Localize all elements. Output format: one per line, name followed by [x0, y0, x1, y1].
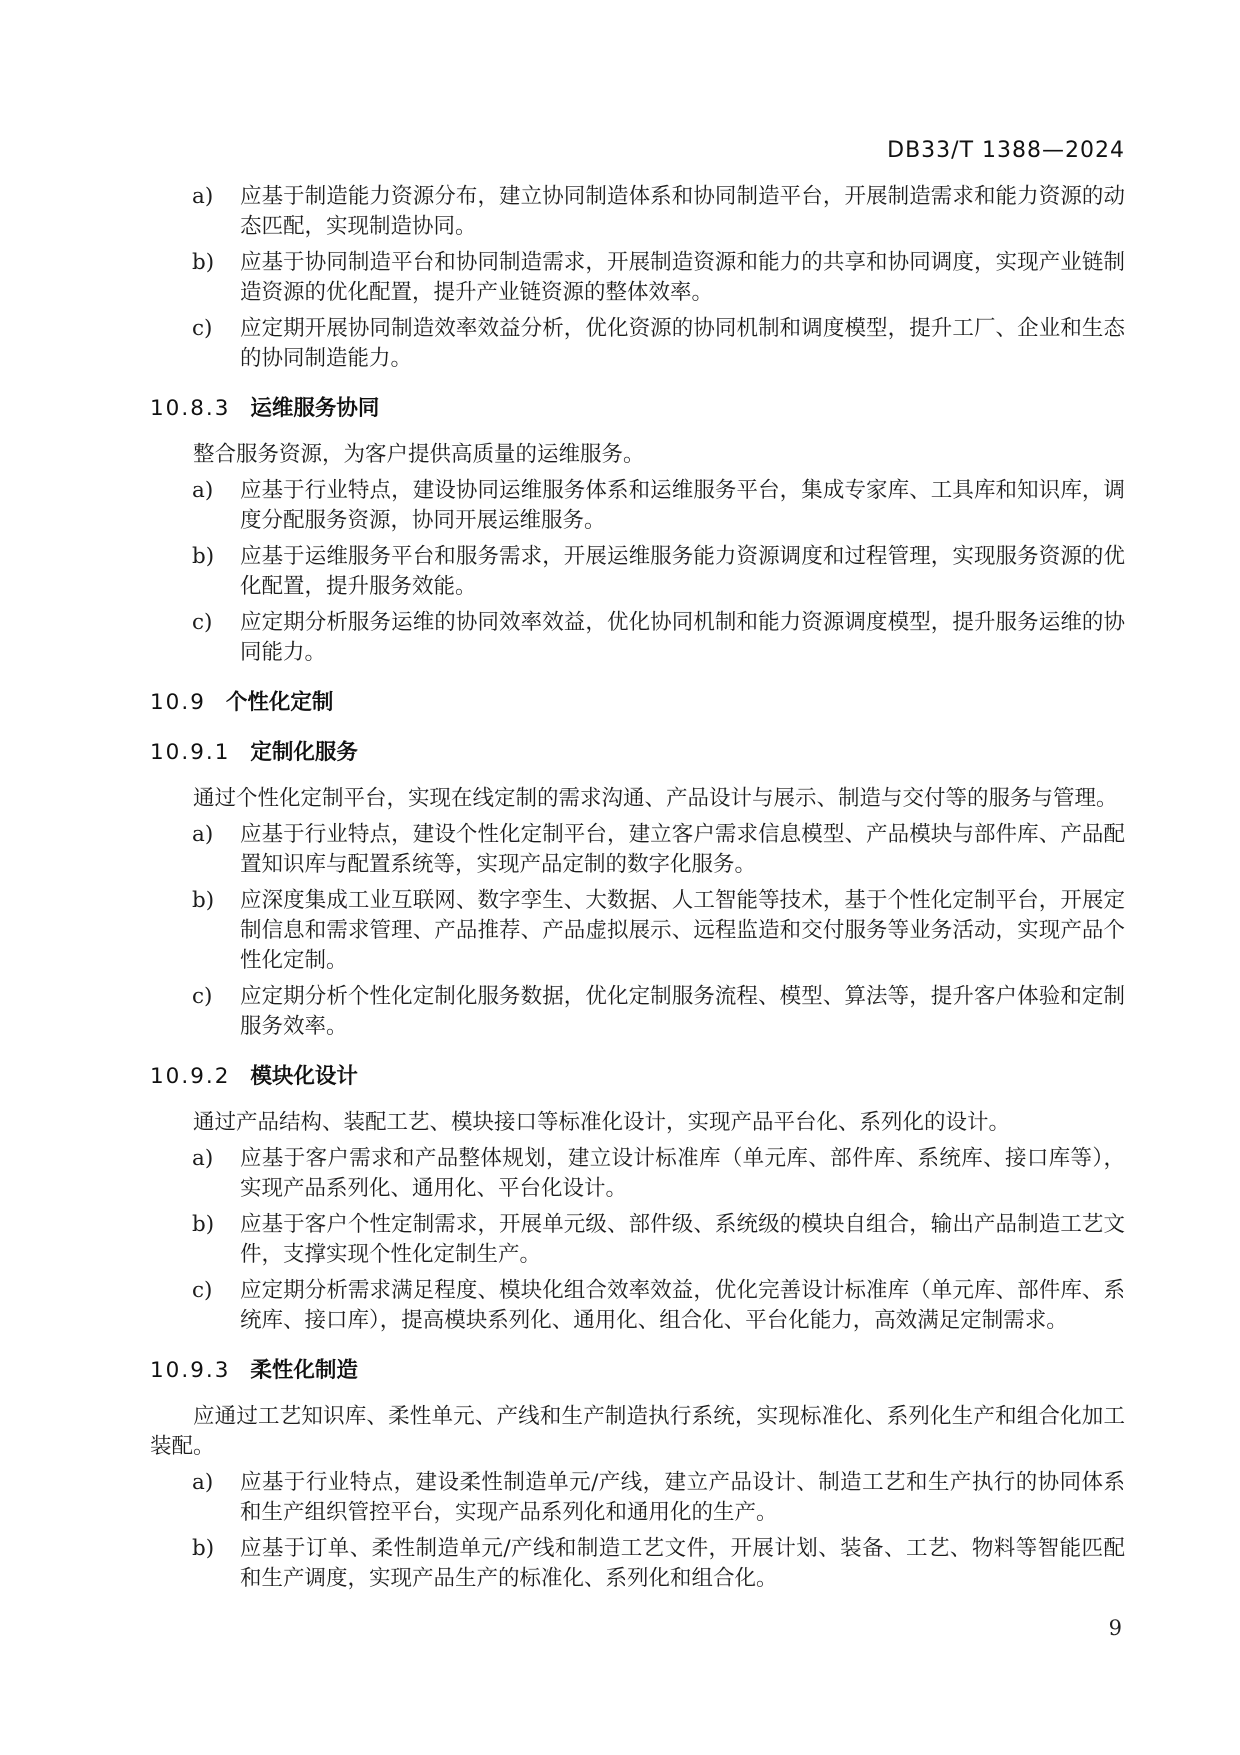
list-item-label: b) — [192, 248, 214, 278]
clause-title: 个性化定制 — [226, 690, 334, 715]
clause-heading-10-9-1: 10.9.1定制化服务 — [150, 738, 1125, 768]
page-number: 9 — [1109, 1616, 1122, 1640]
list-item-text: 应定期开展协同制造效率效益分析，优化资源的协同机制和调度模型，提升工厂、企业和生… — [240, 316, 1125, 371]
clause-title: 运维服务协同 — [250, 396, 379, 421]
clause-heading-10-9-2: 10.9.2模块化设计 — [150, 1062, 1125, 1092]
paragraph: 通过个性化定制平台，实现在线定制的需求沟通、产品设计与展示、制造与交付等的服务与… — [150, 784, 1125, 814]
paragraph: 应通过工艺知识库、柔性单元、产线和生产制造执行系统，实现标准化、系列化生产和组合… — [150, 1402, 1125, 1462]
list-item-label: b) — [192, 542, 214, 572]
list-item: b) 应深度集成工业互联网、数字孪生、大数据、人工智能等技术，基于个性化定制平台… — [150, 886, 1125, 976]
clause-heading-10-8-3: 10.8.3运维服务协同 — [150, 394, 1125, 424]
list-modular-design: a) 应基于客户需求和产品整体规划，建立设计标准库（单元库、部件库、系统库、接口… — [150, 1144, 1125, 1336]
list-item-label: a) — [192, 182, 213, 212]
list-item-text: 应定期分析个性化定制化服务数据，优化定制服务流程、模型、算法等，提升客户体验和定… — [240, 984, 1125, 1039]
list-customized-service: a) 应基于行业特点，建设个性化定制平台，建立客户需求信息模型、产品模块与部件库… — [150, 820, 1125, 1042]
clause-title: 定制化服务 — [250, 740, 358, 765]
list-item-text: 应基于制造能力资源分布，建立协同制造体系和协同制造平台，开展制造需求和能力资源的… — [240, 184, 1125, 239]
list-collaborative-manufacturing: a) 应基于制造能力资源分布，建立协同制造体系和协同制造平台，开展制造需求和能力… — [150, 182, 1125, 374]
list-item-label: a) — [192, 820, 213, 850]
list-item: c) 应定期分析个性化定制化服务数据，优化定制服务流程、模型、算法等，提升客户体… — [150, 982, 1125, 1042]
list-item-label: a) — [192, 1468, 213, 1498]
clause-number: 10.9.2 — [150, 1064, 230, 1089]
list-item-label: c) — [192, 608, 212, 638]
list-item: b) 应基于订单、柔性制造单元/产线和制造工艺文件，开展计划、装备、工艺、物料等… — [150, 1534, 1125, 1594]
list-item-text: 应基于运维服务平台和服务需求，开展运维服务能力资源调度和过程管理，实现服务资源的… — [240, 544, 1125, 599]
list-item-label: b) — [192, 1534, 214, 1564]
list-om-service-collaboration: a) 应基于行业特点，建设协同运维服务体系和运维服务平台，集成专家库、工具库和知… — [150, 476, 1125, 668]
list-item: a) 应基于行业特点，建设协同运维服务体系和运维服务平台，集成专家库、工具库和知… — [150, 476, 1125, 536]
clause-number: 10.9.3 — [150, 1358, 230, 1383]
paragraph: 整合服务资源，为客户提供高质量的运维服务。 — [150, 440, 1125, 470]
list-item-text: 应基于协同制造平台和协同制造需求，开展制造资源和能力的共享和协同调度，实现产业链… — [240, 250, 1125, 305]
list-item: a) 应基于行业特点，建设柔性制造单元/产线，建立产品设计、制造工艺和生产执行的… — [150, 1468, 1125, 1528]
list-item-text: 应定期分析服务运维的协同效率效益，优化协同机制和能力资源调度模型，提升服务运维的… — [240, 610, 1125, 665]
clause-title: 模块化设计 — [250, 1064, 358, 1089]
list-item: c) 应定期开展协同制造效率效益分析，优化资源的协同机制和调度模型，提升工厂、企… — [150, 314, 1125, 374]
page-header: DB33/T 1388—2024 — [150, 138, 1125, 164]
list-item-text: 应深度集成工业互联网、数字孪生、大数据、人工智能等技术，基于个性化定制平台，开展… — [240, 888, 1125, 973]
doc-code: DB33/T 1388—2024 — [887, 138, 1125, 163]
clause-number: 10.8.3 — [150, 396, 230, 421]
list-item-label: c) — [192, 982, 212, 1012]
clause-title: 柔性化制造 — [250, 1358, 358, 1383]
list-flexible-manufacturing: a) 应基于行业特点，建设柔性制造单元/产线，建立产品设计、制造工艺和生产执行的… — [150, 1468, 1125, 1594]
list-item-label: a) — [192, 476, 213, 506]
list-item: c) 应定期分析需求满足程度、模块化组合效率效益，优化完善设计标准库（单元库、部… — [150, 1276, 1125, 1336]
list-item: b) 应基于客户个性定制需求，开展单元级、部件级、系统级的模块自组合，输出产品制… — [150, 1210, 1125, 1270]
list-item-label: c) — [192, 1276, 212, 1306]
list-item-label: b) — [192, 886, 214, 916]
list-item-text: 应基于行业特点，建设协同运维服务体系和运维服务平台，集成专家库、工具库和知识库，… — [240, 478, 1125, 533]
list-item: a) 应基于行业特点，建设个性化定制平台，建立客户需求信息模型、产品模块与部件库… — [150, 820, 1125, 880]
document-body: a) 应基于制造能力资源分布，建立协同制造体系和协同制造平台，开展制造需求和能力… — [150, 182, 1125, 1594]
clause-heading-10-9-3: 10.9.3柔性化制造 — [150, 1356, 1125, 1386]
clause-heading-10-9: 10.9个性化定制 — [150, 688, 1125, 718]
clause-number: 10.9 — [150, 690, 206, 715]
list-item-label: c) — [192, 314, 212, 344]
list-item-label: b) — [192, 1210, 214, 1240]
list-item: b) 应基于运维服务平台和服务需求，开展运维服务能力资源调度和过程管理，实现服务… — [150, 542, 1125, 602]
list-item-label: a) — [192, 1144, 213, 1174]
clause-number: 10.9.1 — [150, 740, 230, 765]
list-item-text: 应基于订单、柔性制造单元/产线和制造工艺文件，开展计划、装备、工艺、物料等智能匹… — [240, 1536, 1125, 1591]
list-item: a) 应基于客户需求和产品整体规划，建立设计标准库（单元库、部件库、系统库、接口… — [150, 1144, 1125, 1204]
list-item-text: 应基于行业特点，建设个性化定制平台，建立客户需求信息模型、产品模块与部件库、产品… — [240, 822, 1125, 877]
paragraph: 通过产品结构、装配工艺、模块接口等标准化设计，实现产品平台化、系列化的设计。 — [150, 1108, 1125, 1138]
list-item-text: 应基于客户个性定制需求，开展单元级、部件级、系统级的模块自组合，输出产品制造工艺… — [240, 1212, 1125, 1267]
list-item-text: 应基于客户需求和产品整体规划，建立设计标准库（单元库、部件库、系统库、接口库等）… — [240, 1146, 1125, 1201]
standard-document-page: DB33/T 1388—2024 a) 应基于制造能力资源分布，建立协同制造体系… — [0, 0, 1240, 1755]
list-item-text: 应定期分析需求满足程度、模块化组合效率效益，优化完善设计标准库（单元库、部件库、… — [240, 1278, 1125, 1333]
list-item-text: 应基于行业特点，建设柔性制造单元/产线，建立产品设计、制造工艺和生产执行的协同体… — [240, 1470, 1125, 1525]
list-item: a) 应基于制造能力资源分布，建立协同制造体系和协同制造平台，开展制造需求和能力… — [150, 182, 1125, 242]
list-item: c) 应定期分析服务运维的协同效率效益，优化协同机制和能力资源调度模型，提升服务… — [150, 608, 1125, 668]
list-item: b) 应基于协同制造平台和协同制造需求，开展制造资源和能力的共享和协同调度，实现… — [150, 248, 1125, 308]
